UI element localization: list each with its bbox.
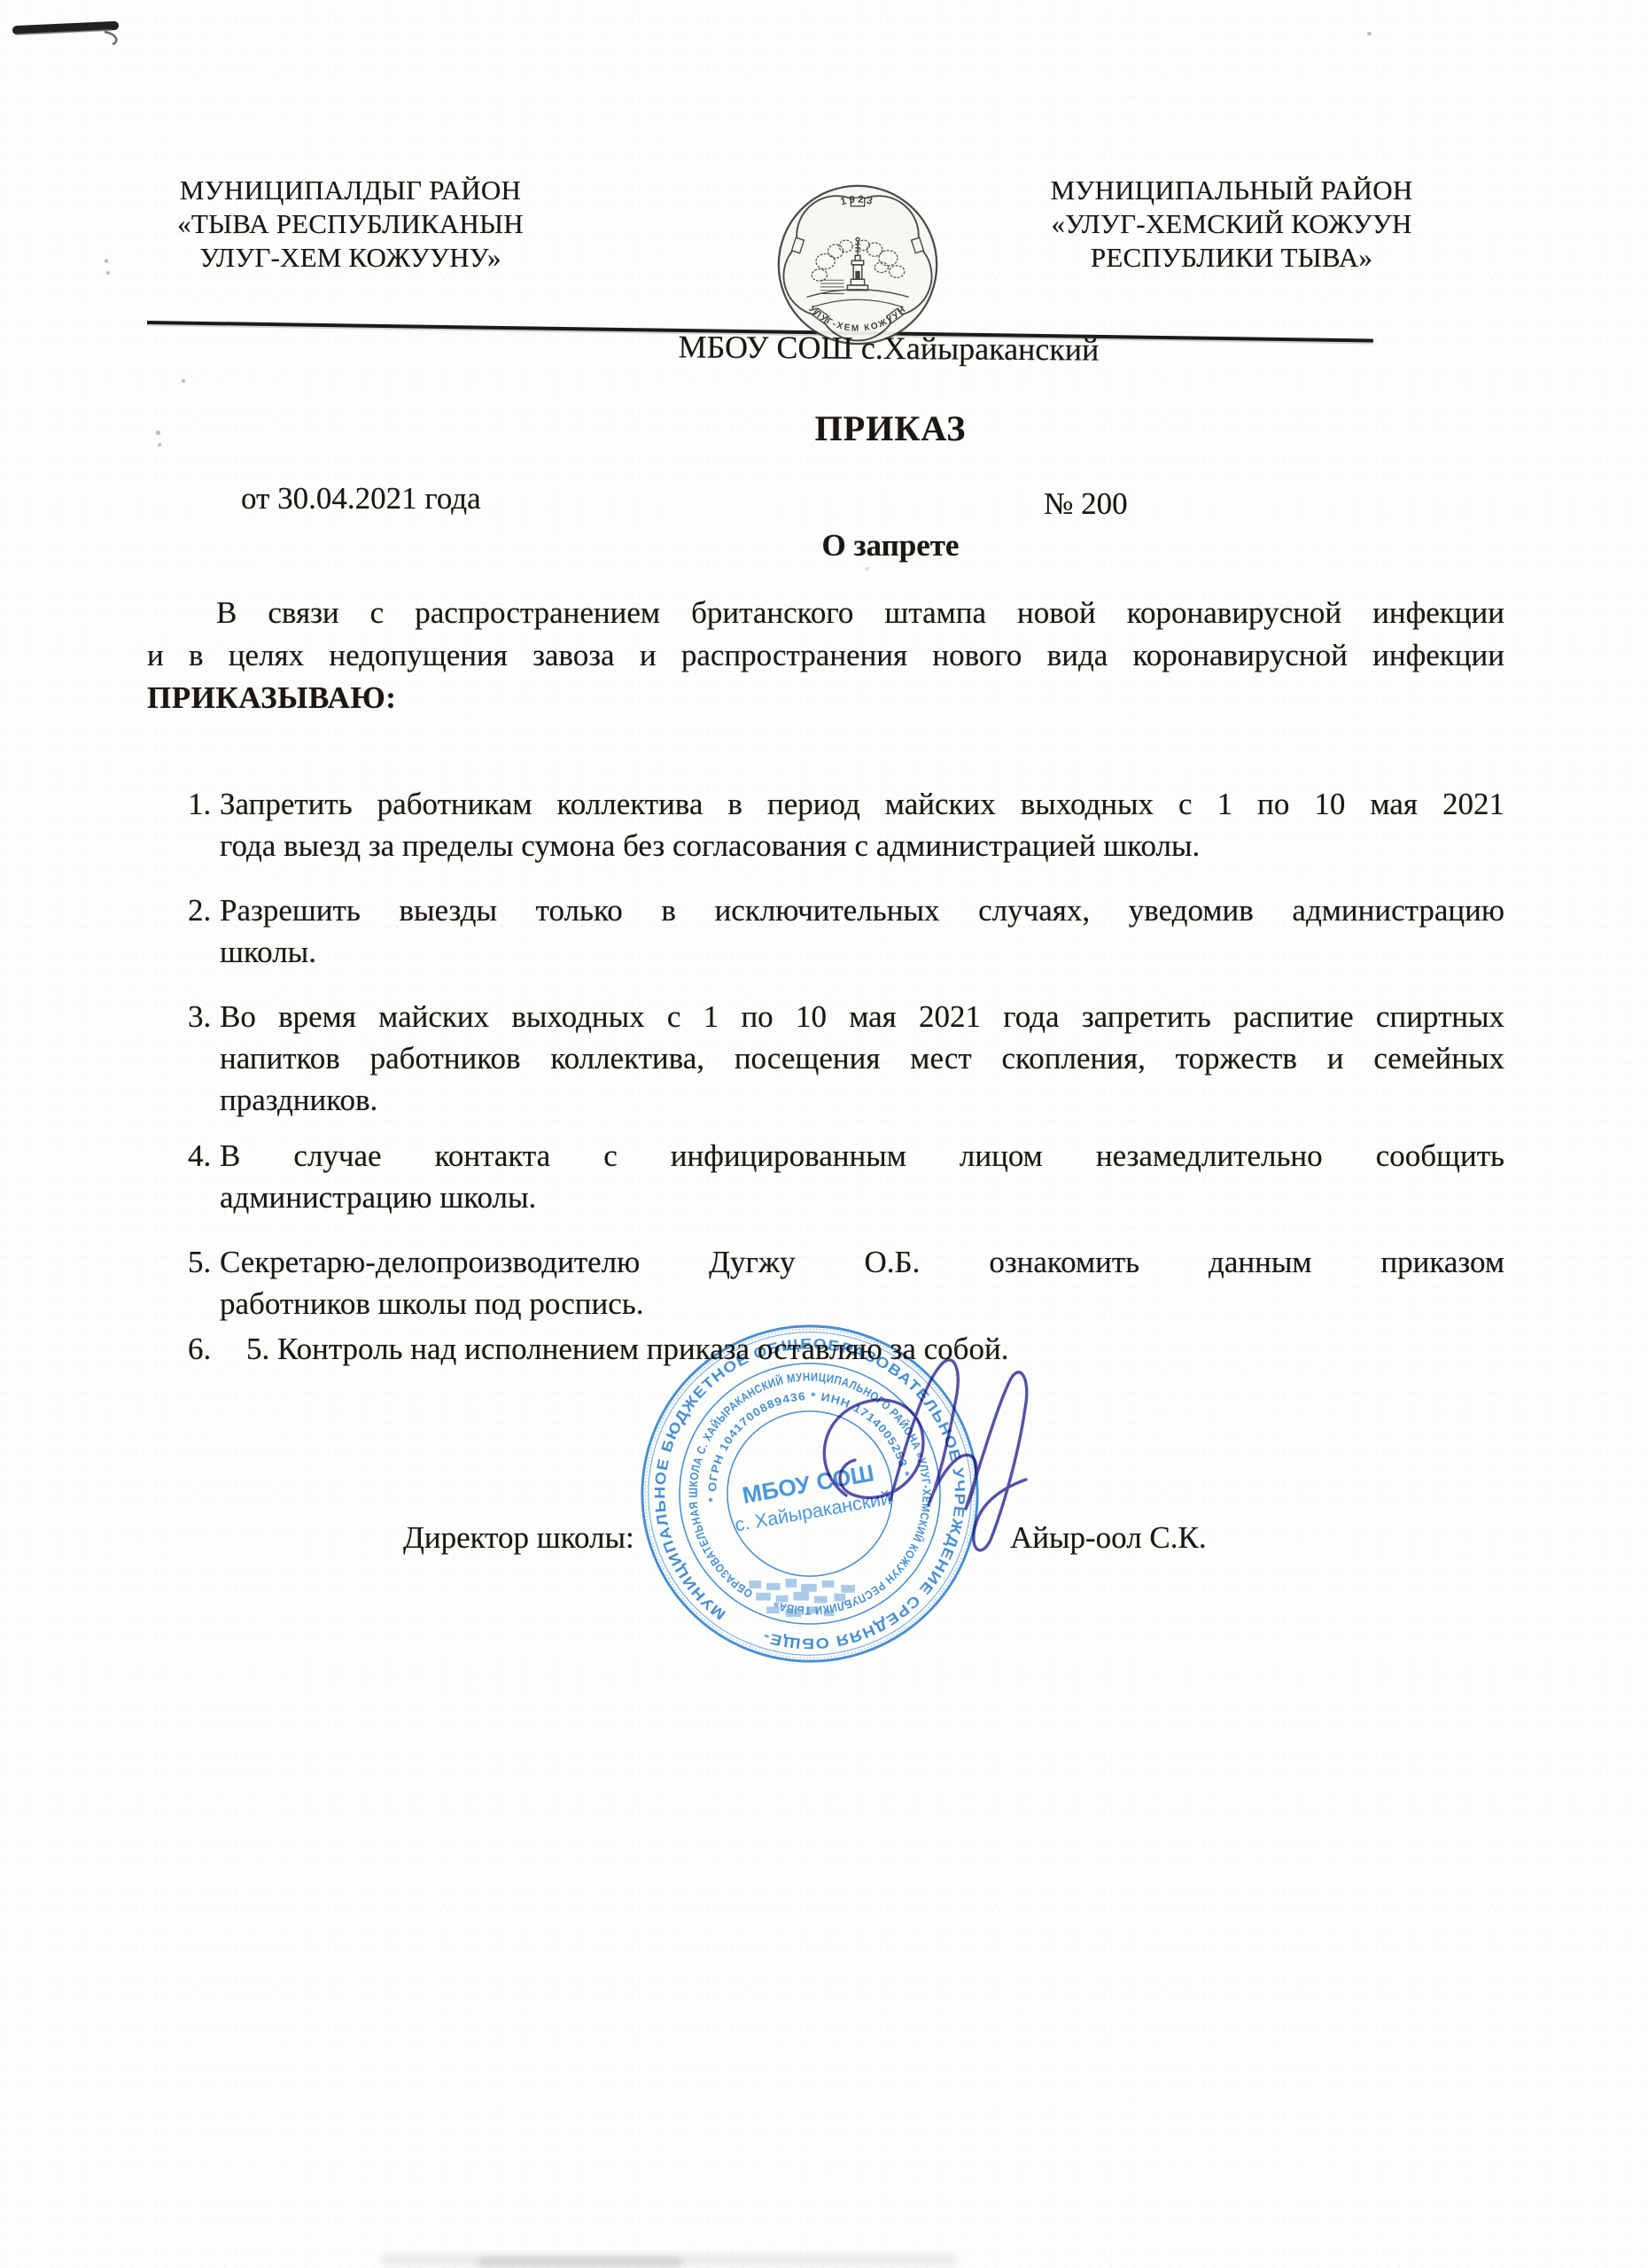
- item-5-number: 5.: [147, 1241, 220, 1324]
- order-number: № 200: [1044, 486, 1128, 522]
- scan-speck: [105, 259, 108, 263]
- org-left-line2: «ТЫВА РЕСПУБЛИКАНЫН: [149, 207, 552, 241]
- item-5-line-1: Секретарю-делопроизводителю Дугжу О.Б. о…: [220, 1241, 1504, 1283]
- item-2-line-2: школы.: [220, 931, 1504, 973]
- signature-label: Директор школы:: [403, 1520, 634, 1556]
- order-item-2: 2. Разрешить выезды только в исключитель…: [147, 889, 1504, 973]
- item-1-line-1: Запретить работникам коллектива в период…: [220, 783, 1504, 825]
- order-item-1: 1. Запретить работникам коллектива в пер…: [147, 783, 1504, 866]
- item-1-number: 1.: [147, 783, 220, 866]
- org-right-line1: МУНИЦИПАЛЬНЫЙ РАЙОН: [1006, 174, 1458, 207]
- scan-speck: [156, 431, 160, 435]
- preamble-line1: В связи с распространением британского ш…: [147, 592, 1504, 634]
- scan-speck: [1367, 32, 1372, 35]
- scan-speck: [158, 443, 161, 447]
- org-right-line3: РЕСПУБЛИКИ ТЫВА»: [1006, 241, 1458, 275]
- scan-bottom-smudge: [478, 2257, 682, 2268]
- item-2-line-1: Разрешить выезды только в исключительных…: [220, 889, 1504, 931]
- item-2-number: 2.: [147, 889, 220, 973]
- item-3-line-3: праздников.: [220, 1079, 1504, 1121]
- item-3-number: 3.: [147, 996, 220, 1121]
- order-date: от 30.04.2021 года: [241, 481, 481, 517]
- order-item-4: 4. В случае контакта с инфицированным ли…: [147, 1135, 1504, 1218]
- item-3-line-2: напитков работников коллектива, посещени…: [220, 1037, 1504, 1079]
- district-emblem: 1923 УЛУГ-ХЕМ КОЖУУН: [773, 180, 943, 346]
- school-name-line: МБОУ СОШ с.Хайыраканский: [667, 328, 1110, 368]
- order-subject: О запрете: [275, 528, 1506, 563]
- item-4-line-2: администрацию школы.: [220, 1177, 1504, 1218]
- item-1-line-2: года выезд за пределы сумона без согласо…: [220, 825, 1504, 866]
- org-left-line3: УЛУГ-ХЕМ КОЖУУНУ»: [149, 241, 552, 275]
- org-name-russian: МУНИЦИПАЛЬНЫЙ РАЙОН «УЛУГ-ХЕМСКИЙ КОЖУУН…: [1006, 174, 1458, 275]
- order-item-3: 3. Во время майских выходных с 1 по 10 м…: [147, 996, 1504, 1121]
- order-item-5: 5. Секретарю-делопроизводителю Дугжу О.Б…: [147, 1241, 1504, 1324]
- item-5-line-2: работников школы под роспись.: [220, 1283, 1504, 1324]
- preamble-line2: и в целях недопущения завоза и распростр…: [147, 634, 1504, 677]
- org-name-tuvan: МУНИЦИПАЛДЫГ РАЙОН «ТЫВА РЕСПУБЛИКАНЫН У…: [149, 174, 552, 275]
- scan-corner-mark: [12, 19, 129, 50]
- scanned-order-document: МУНИЦИПАЛДЫГ РАЙОН «ТЫВА РЕСПУБЛИКАНЫН У…: [0, 0, 1648, 2268]
- item-4-number: 4.: [147, 1135, 220, 1218]
- item-4-line-1: В случае контакта с инфицированным лицом…: [220, 1135, 1504, 1177]
- resolve-word: ПРИКАЗЫВАЮ:: [147, 677, 1504, 719]
- order-items-list: 1. Запретить работникам коллектива в пер…: [147, 783, 1504, 1393]
- handwritten-signature: [780, 1336, 1072, 1586]
- scan-speck: [182, 379, 185, 383]
- item-6-number: 6.: [147, 1328, 220, 1370]
- order-title: ПРИКАЗ: [275, 408, 1506, 449]
- scan-speck: [866, 567, 869, 571]
- scan-speck: [106, 271, 110, 275]
- item-3-line-1: Во время майских выходных с 1 по 10 мая …: [220, 996, 1504, 1037]
- order-preamble: В связи с распространением британского ш…: [147, 592, 1504, 719]
- org-right-line2: «УЛУГ-ХЕМСКИЙ КОЖУУН: [1006, 207, 1458, 241]
- org-left-line1: МУНИЦИПАЛДЫГ РАЙОН: [149, 174, 552, 207]
